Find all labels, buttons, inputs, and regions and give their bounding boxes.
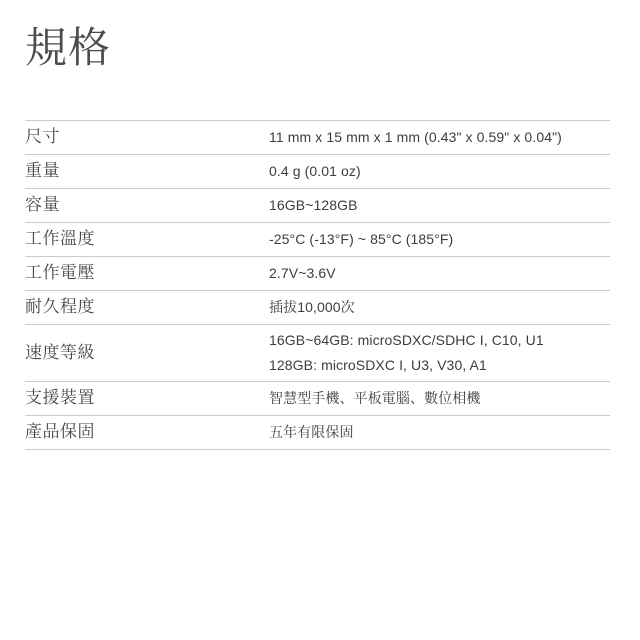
spec-row: 工作電壓2.7V~3.6V xyxy=(25,257,610,291)
spec-value-line: -25°C (-13°F) ~ 85°C (185°F) xyxy=(269,227,610,252)
spec-label: 耐久程度 xyxy=(25,297,269,317)
spec-label: 支援裝置 xyxy=(25,388,269,408)
spec-value: -25°C (-13°F) ~ 85°C (185°F) xyxy=(269,224,610,255)
page-title: 規格 xyxy=(25,27,610,69)
spec-row: 工作溫度-25°C (-13°F) ~ 85°C (185°F) xyxy=(25,223,610,257)
spec-label: 工作電壓 xyxy=(25,263,269,283)
spec-label: 尺寸 xyxy=(25,127,269,147)
spec-label: 工作溫度 xyxy=(25,229,269,249)
spec-value-line: 五年有限保固 xyxy=(269,420,610,445)
spec-label: 速度等級 xyxy=(25,343,269,363)
spec-value-line: 插拔10,000次 xyxy=(269,295,610,320)
spec-label: 產品保固 xyxy=(25,422,269,442)
spec-label: 容量 xyxy=(25,195,269,215)
spec-value-line: 16GB~128GB xyxy=(269,193,610,218)
spec-value-line: 11 mm x 15 mm x 1 mm (0.43" x 0.59" x 0.… xyxy=(269,125,610,150)
spec-label: 重量 xyxy=(25,161,269,181)
spec-value: 16GB~128GB xyxy=(269,190,610,221)
spec-table: 尺寸11 mm x 15 mm x 1 mm (0.43" x 0.59" x … xyxy=(25,120,610,450)
spec-value: 0.4 g (0.01 oz) xyxy=(269,156,610,187)
spec-value: 2.7V~3.6V xyxy=(269,258,610,289)
spec-row: 容量16GB~128GB xyxy=(25,189,610,223)
spec-page: 規格 尺寸11 mm x 15 mm x 1 mm (0.43" x 0.59"… xyxy=(0,0,640,640)
spec-value-line: 智慧型手機、平板電腦、數位相機 xyxy=(269,386,610,411)
spec-value: 插拔10,000次 xyxy=(269,292,610,323)
spec-value-line: 0.4 g (0.01 oz) xyxy=(269,159,610,184)
spec-value: 16GB~64GB: microSDXC/SDHC I, C10, U1128G… xyxy=(269,325,610,381)
spec-value: 11 mm x 15 mm x 1 mm (0.43" x 0.59" x 0.… xyxy=(269,122,610,153)
spec-value: 智慧型手機、平板電腦、數位相機 xyxy=(269,383,610,414)
spec-row: 產品保固五年有限保固 xyxy=(25,416,610,450)
spec-row: 重量0.4 g (0.01 oz) xyxy=(25,155,610,189)
spec-value-line: 16GB~64GB: microSDXC/SDHC I, C10, U1 xyxy=(269,328,610,353)
spec-value-line: 2.7V~3.6V xyxy=(269,261,610,286)
spec-row: 尺寸11 mm x 15 mm x 1 mm (0.43" x 0.59" x … xyxy=(25,121,610,155)
spec-row: 耐久程度插拔10,000次 xyxy=(25,291,610,325)
spec-row: 支援裝置智慧型手機、平板電腦、數位相機 xyxy=(25,382,610,416)
spec-value: 五年有限保固 xyxy=(269,417,610,448)
spec-value-line: 128GB: microSDXC I, U3, V30, A1 xyxy=(269,353,610,378)
spec-row: 速度等級16GB~64GB: microSDXC/SDHC I, C10, U1… xyxy=(25,325,610,382)
